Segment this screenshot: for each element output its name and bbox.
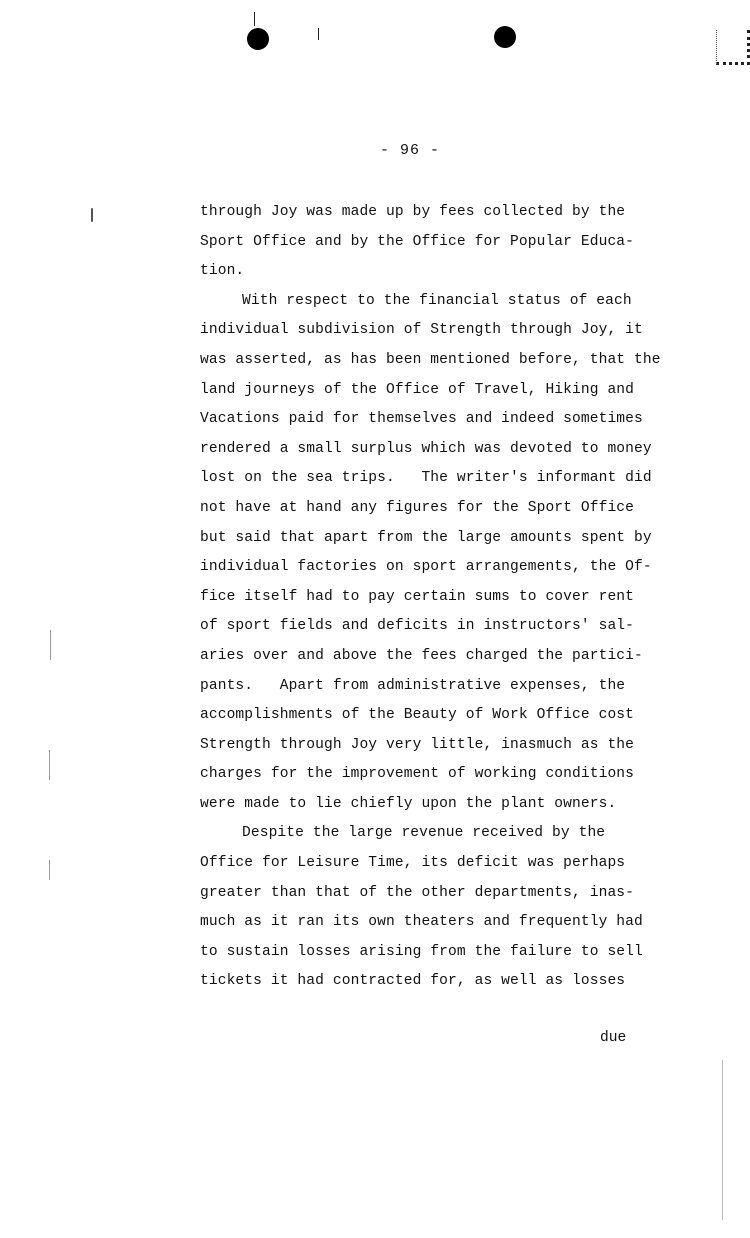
text-line: individual factories on sport arrangemen… — [200, 553, 680, 583]
text-line: tion. — [200, 257, 680, 287]
paragraph-3: Despite the large revenue received by th… — [200, 819, 680, 997]
text-line: greater than that of the other departmen… — [200, 879, 680, 909]
text-line: lost on the sea trips. The writer's info… — [200, 464, 680, 494]
text-line: Strength through Joy very little, inasmu… — [200, 731, 680, 761]
scan-speck — [49, 750, 50, 780]
text-line: through Joy was made up by fees collecte… — [200, 198, 680, 228]
text-line: Vacations paid for themselves and indeed… — [200, 405, 680, 435]
text-line: pants. Apart from administrative expense… — [200, 672, 680, 702]
text-line: accomplishments of the Beauty of Work Of… — [200, 701, 680, 731]
scan-speck — [49, 860, 50, 880]
scan-speck — [91, 208, 93, 222]
text-line: aries over and above the fees charged th… — [200, 642, 680, 672]
text-line: rendered a small surplus which was devot… — [200, 435, 680, 465]
text-line: charges for the improvement of working c… — [200, 760, 680, 790]
text-line: With respect to the financial status of … — [200, 287, 680, 317]
body-text: through Joy was made up by fees collecte… — [200, 198, 680, 997]
paragraph-1: through Joy was made up by fees collecte… — [200, 198, 680, 287]
text-line: much as it ran its own theaters and freq… — [200, 908, 680, 938]
text-line: fice itself had to pay certain sums to c… — [200, 583, 680, 613]
punch-hole-left — [247, 28, 269, 50]
text-line: to sustain losses arising from the failu… — [200, 938, 680, 968]
text-line: were made to lie chiefly upon the plant … — [200, 790, 680, 820]
scan-speck — [318, 28, 319, 40]
text-line: not have at hand any figures for the Spo… — [200, 494, 680, 524]
text-line: Despite the large revenue received by th… — [200, 819, 680, 849]
text-line: individual subdivision of Strength throu… — [200, 316, 680, 346]
paragraph-2: With respect to the financial status of … — [200, 287, 680, 820]
text-line: land journeys of the Office of Travel, H… — [200, 376, 680, 406]
scan-speck — [254, 12, 255, 26]
scan-speck — [50, 630, 51, 660]
scan-speck — [722, 1060, 723, 1220]
text-line: Office for Leisure Time, its deficit was… — [200, 849, 680, 879]
page-number: - 96 - — [0, 142, 750, 159]
text-line: tickets it had contracted for, as well a… — [200, 967, 680, 997]
text-line: of sport fields and deficits in instruct… — [200, 612, 680, 642]
catchword: due — [600, 1030, 626, 1046]
text-line: but said that apart from the large amoun… — [200, 524, 680, 554]
corner-mark — [716, 30, 750, 65]
text-line: Sport Office and by the Office for Popul… — [200, 228, 680, 258]
text-line: was asserted, as has been mentioned befo… — [200, 346, 680, 376]
punch-hole-right — [494, 26, 516, 48]
